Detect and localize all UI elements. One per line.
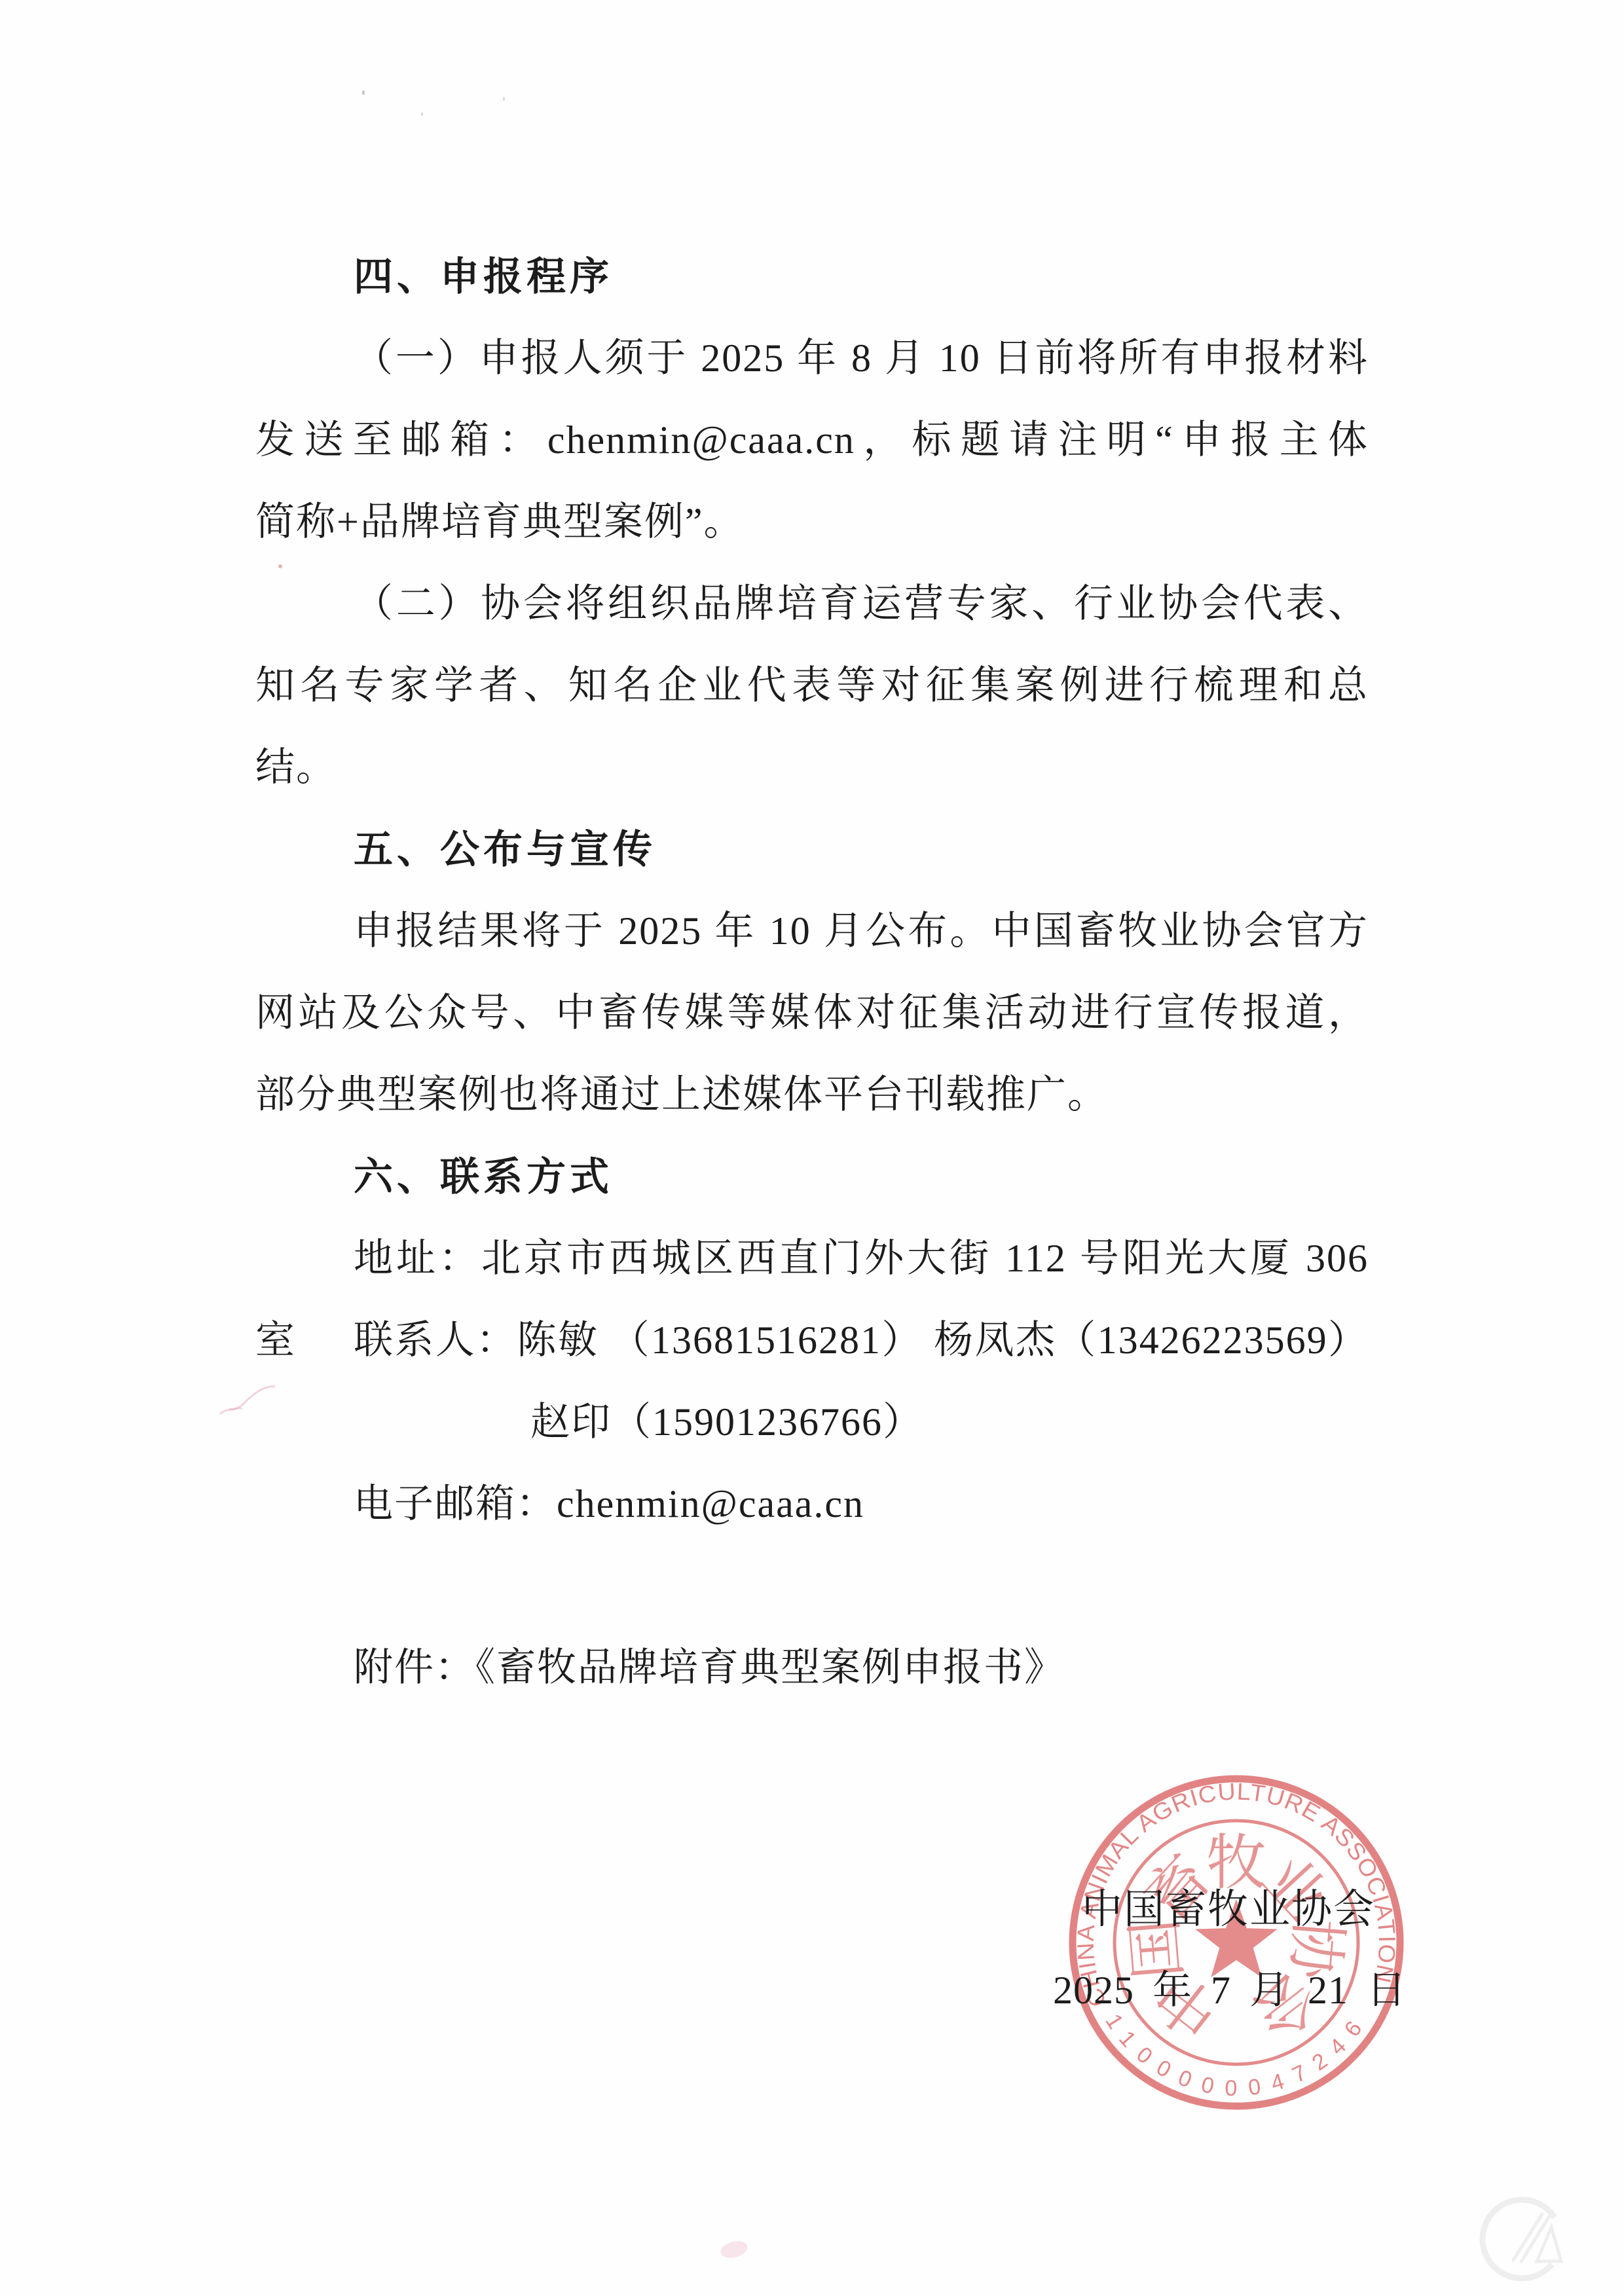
scan-speck: [503, 97, 505, 101]
scan-speck: [421, 113, 423, 116]
section-5-para-line-1: 申报结果将于 2025 年 10 月公布。中国畜牧业协会官方: [255, 890, 1369, 972]
section-4-para-2-line-1: （二）协会将组织品牌培育运营专家、行业协会代表、: [255, 563, 1369, 645]
contact-person-3-line: 赵印（15901236766）: [255, 1381, 1369, 1463]
section-4-para-1-line-2: 发送至邮箱：chenmin@caaa.cn，标题请注明“申报主体: [255, 399, 1369, 481]
contact-address-line: 地址：北京市西城区西直门外大街 112 号阳光大厦 306 室: [255, 1218, 1369, 1300]
section-4-para-1-line-1: （一）申报人须于 2025 年 8 月 10 日前将所有申报材料: [255, 318, 1369, 399]
section-4-para-1-line-3: 简称+品牌培育典型案例”。: [255, 481, 1369, 563]
attachment-line: 附件：《畜牧品牌培育典型案例申报书》: [255, 1627, 1369, 1709]
signature-org-name: 中国畜牧业协会: [1082, 1876, 1375, 1935]
section-4-para-2-line-3: 结。: [255, 727, 1369, 809]
section-5-heading: 五、公布与宣传: [255, 809, 1369, 890]
section-4-heading: 四、申报程序: [255, 236, 1369, 318]
contact-persons-line: 联系人：陈敏 （13681516281） 杨凤杰（13426223569）: [255, 1300, 1369, 1381]
section-6-heading: 六、联系方式: [255, 1136, 1369, 1218]
section-5-para-line-3: 部分典型案例也将通过上述媒体平台刊载推广。: [255, 1054, 1369, 1136]
signature-date: 2025 年 7 月 21 日: [1053, 1959, 1407, 2015]
section-4-para-2-line-2: 知名专家学者、知名企业代表等对征集案例进行梳理和总: [255, 645, 1369, 727]
pink-ink-blot: [719, 2238, 750, 2261]
official-seal-stamp: CHINA ANIMAL AGRICULTURE ASSOCIATION 110…: [1053, 1751, 1420, 2118]
contact-email-line: 电子邮箱：chenmin@caaa.cn: [255, 1463, 1369, 1545]
scan-speck: [362, 90, 365, 95]
section-5-para-line-2: 网站及公众号、中畜传媒等媒体对征集活动进行宣传报道，: [255, 972, 1369, 1054]
document-page: { "doc": { "lines": [ "四、申报程序", "（一）申报人须…: [0, 0, 1624, 2296]
document-body: 四、申报程序 （一）申报人须于 2025 年 8 月 10 日前将所有申报材料 …: [255, 236, 1369, 1709]
caaa-watermark-icon: [1475, 2188, 1576, 2289]
